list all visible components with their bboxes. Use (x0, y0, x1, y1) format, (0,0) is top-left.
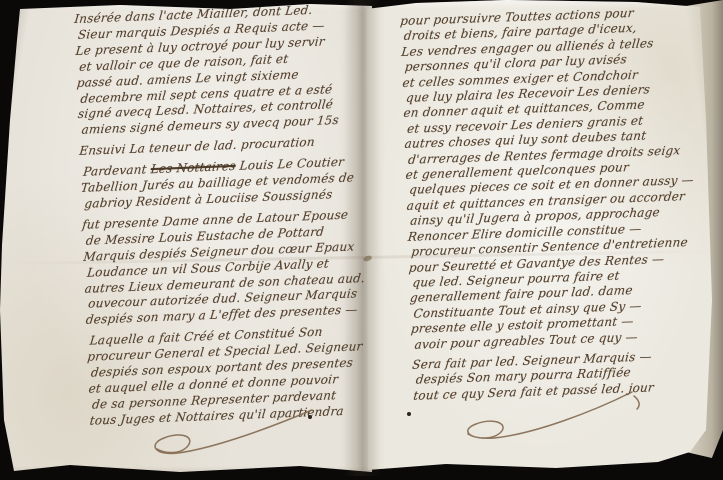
paraph-flourish (450, 390, 640, 450)
line-text: Pardevant (83, 162, 152, 179)
gutter-fold-shadow (344, 0, 380, 476)
right-page-text: pour poursuivre Touttes actions pour dro… (400, 4, 713, 404)
left-page: Insérée dans l'acte Miailler, dont Led. … (0, 0, 372, 480)
ink-spot (308, 415, 312, 419)
paraph-flourish (140, 406, 320, 466)
struck-out-text: Les Nottaires (150, 159, 236, 176)
manuscript-scan: Insérée dans l'acte Miailler, dont Led. … (0, 0, 723, 480)
right-page: pour poursuivre Touttes actions pour dro… (356, 0, 723, 480)
left-page-text: Insérée dans l'acte Miailler, dont Led. … (74, 1, 384, 430)
ink-spot (407, 412, 411, 416)
